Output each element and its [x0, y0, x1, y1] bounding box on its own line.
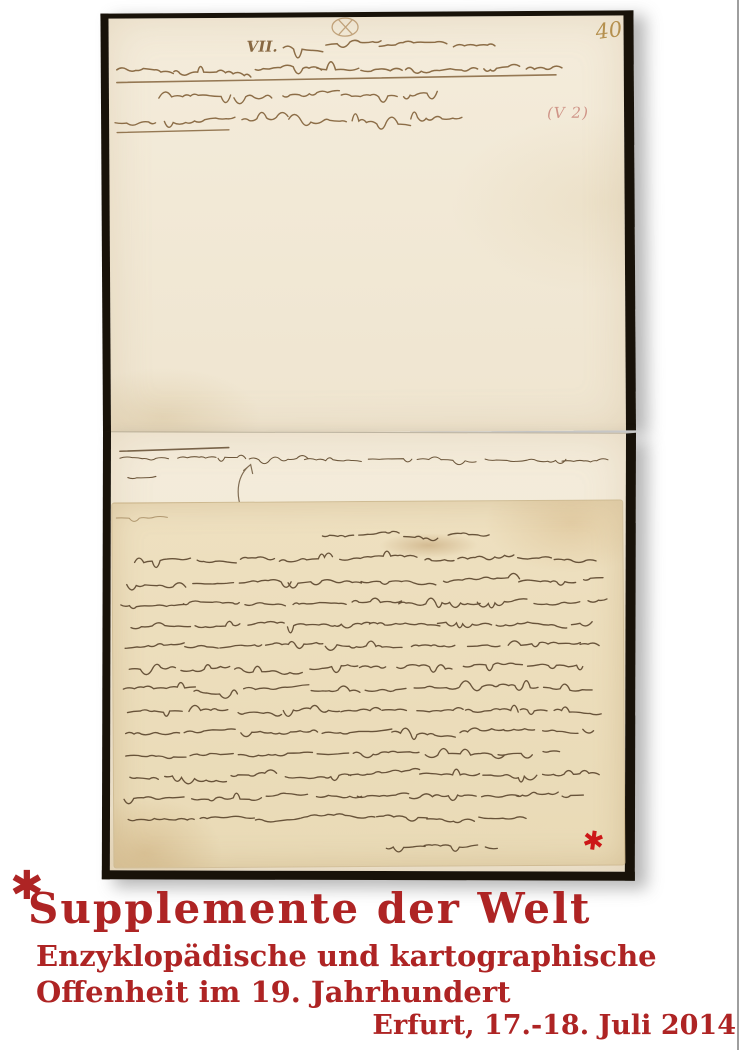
conference-title: Supplemente der Welt: [28, 884, 591, 933]
conference-location-date: Erfurt, 17.-18. Juli 2014: [0, 1010, 736, 1041]
conference-subtitle-line2: Offenheit im 19. Jahrhundert: [36, 975, 511, 1009]
margin-mark: (V 2): [547, 106, 589, 121]
manuscript-upper-page: VII. 40 (V 2): [100, 10, 636, 433]
slide: VII. 40 (V 2) ✱ ✱ Supplemente der Welt E…: [0, 0, 740, 1050]
page-number: 40: [594, 19, 623, 43]
manuscript-lower-page: ✱: [102, 431, 636, 880]
note-asterisk-icon: ✱: [581, 827, 606, 856]
attached-note: ✱: [111, 499, 625, 868]
handwriting-lower-canvas: [110, 432, 626, 871]
handwriting-upper-canvas: [108, 15, 626, 433]
slide-right-edge-line: [737, 0, 739, 1050]
section-numeral: VII.: [247, 40, 278, 55]
conference-subtitle-line1: Enzyklopädische und kartographische: [36, 939, 657, 973]
handwriting-note-canvas: [112, 500, 624, 867]
